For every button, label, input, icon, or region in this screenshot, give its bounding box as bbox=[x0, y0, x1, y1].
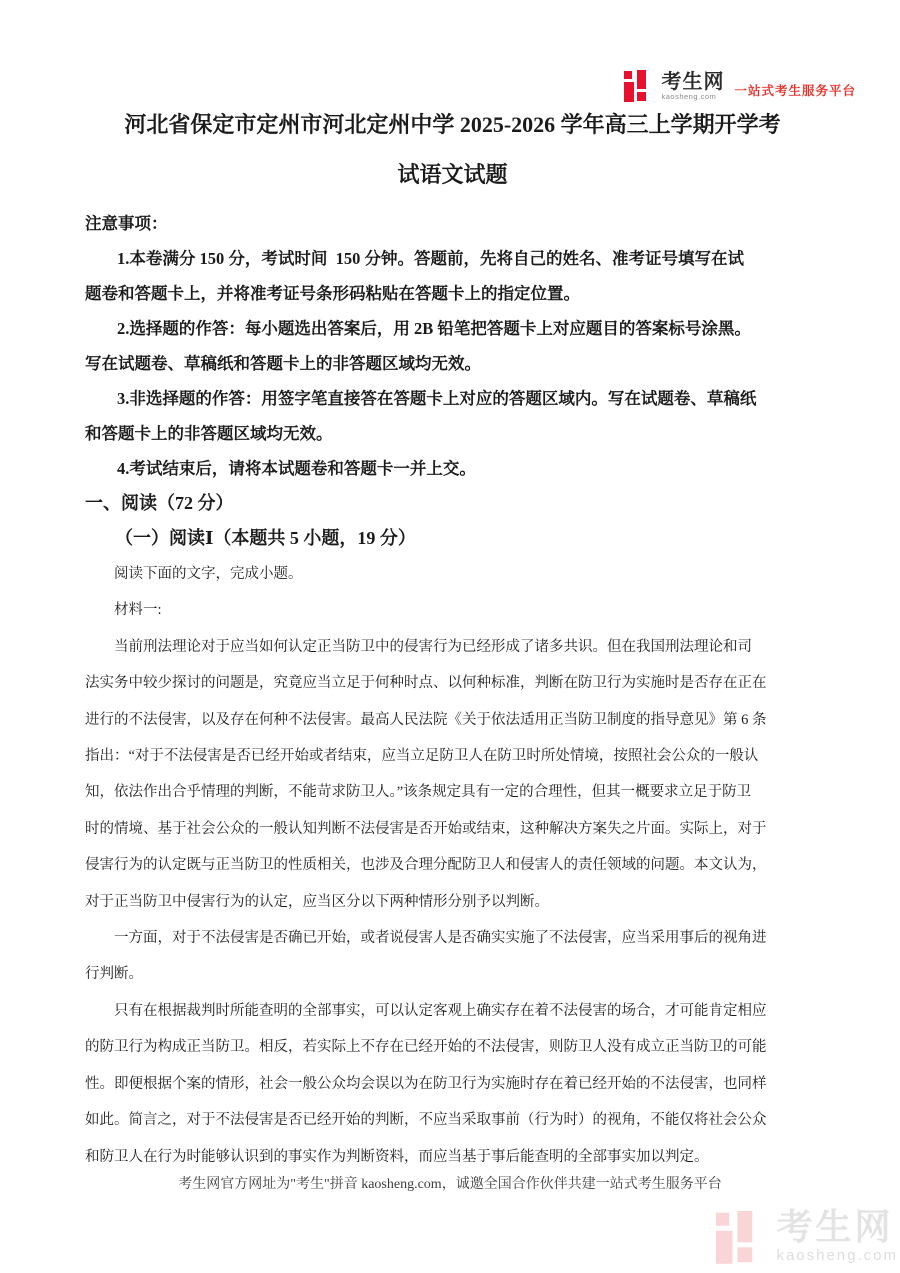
exam-paper-page: 考生网 kaosheng.com 一站式考生服务平台 河北省保定市定州市河北定州… bbox=[0, 0, 900, 1273]
watermark-text-block: 考生网 kaosheng.com bbox=[776, 1207, 898, 1265]
subsection-heading-reading-1: （一）阅读Ⅰ（本题共 5 小题，19 分） bbox=[85, 521, 820, 556]
kaosheng-logo-icon bbox=[624, 70, 656, 102]
watermark-brand-name: 考生网 bbox=[776, 1207, 898, 1247]
brand-domain: kaosheng.com bbox=[661, 92, 724, 101]
notice-item-2: 2.选择题的作答：每小题选出答案后，用 2B 铅笔把答题卡上对应题目的答案标号涂… bbox=[85, 311, 820, 381]
page-title: 河北省保定市定州市河北定州中学 2025-2026 学年高三上学期开学考 试语文… bbox=[85, 100, 820, 200]
section-heading-reading: 一、阅读（72 分） bbox=[85, 486, 820, 521]
material-one-label: 材料一: bbox=[85, 592, 820, 628]
kaosheng-watermark: 考生网 kaosheng.com bbox=[716, 1207, 898, 1265]
logo-text-block: 考生网 kaosheng.com bbox=[661, 72, 724, 101]
notice-heading: 注意事项： bbox=[85, 206, 820, 241]
kaosheng-watermark-logo-icon bbox=[716, 1211, 769, 1264]
notice-item-1: 1.本卷满分 150 分，考试时间 150 分钟。答题前，先将自己的姓名、准考证… bbox=[85, 241, 820, 311]
brand-tagline: 一站式考生服务平台 bbox=[734, 81, 856, 99]
material-paragraph-3: 只有在根据裁判时所能查明的全部事实，可以认定客观上确实存在着不法侵害的场合，才可… bbox=[85, 993, 820, 1175]
notice-item-4: 4.考试结束后，请将本试题卷和答题卡一并上交。 bbox=[85, 451, 820, 486]
notice-section: 注意事项： 1.本卷满分 150 分，考试时间 150 分钟。答题前，先将自己的… bbox=[85, 206, 820, 486]
notice-item-3: 3.非选择题的作答：用签字笔直接答在答题卡上对应的答题区域内。写在试题卷、草稿纸… bbox=[85, 381, 820, 451]
watermark-brand-domain: kaosheng.com bbox=[776, 1247, 898, 1265]
site-header: 考生网 kaosheng.com 一站式考生服务平台 bbox=[624, 70, 856, 102]
material-paragraph-1: 当前刑法理论对于应当如何认定正当防卫中的侵害行为已经形成了诸多共识。但在我国刑法… bbox=[85, 629, 820, 920]
reading-instruction: 阅读下面的文字，完成小题。 bbox=[85, 556, 820, 592]
brand-name: 考生网 bbox=[661, 72, 724, 92]
document-content: 河北省保定市定州市河北定州中学 2025-2026 学年高三上学期开学考 试语文… bbox=[0, 100, 900, 1175]
footer-text: 考生网官方网址为"考生"拼音 kaosheng.com，诚邀全国合作伙伴共建一站… bbox=[0, 1175, 900, 1195]
material-paragraph-2: 一方面，对于不法侵害是否确已开始，或者说侵害人是否确实实施了不法侵害，应当采用事… bbox=[85, 920, 820, 993]
